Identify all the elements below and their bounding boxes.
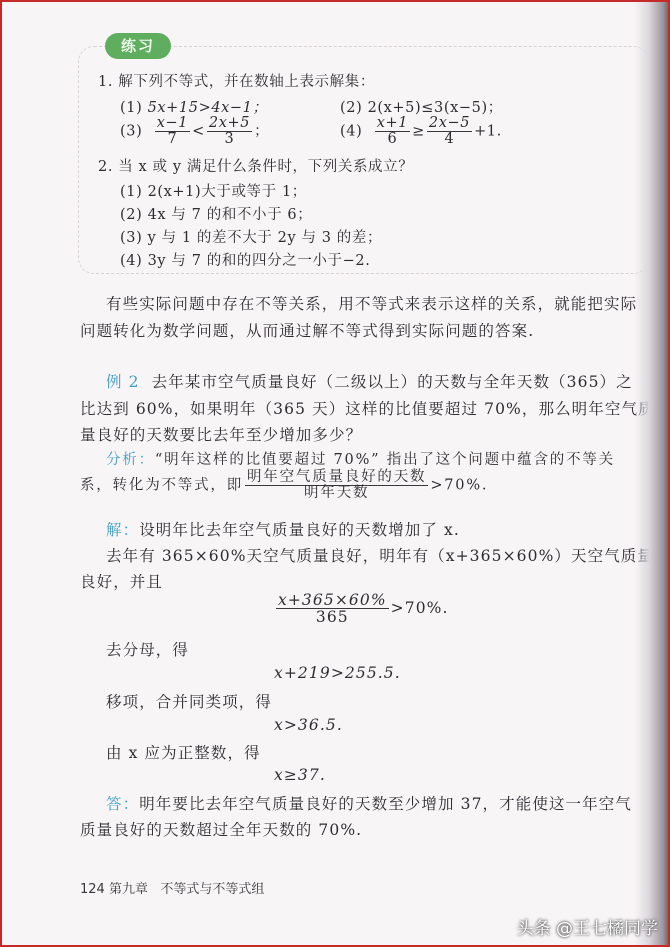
answer-label: 答： [106,795,139,813]
solution-step-3: 由 x 应为正整数，得 [106,741,261,763]
page-footer: 124 第九章 不等式与不等式组 [80,878,264,897]
solution-step-2: 移项，合并同类项，得 [106,690,272,712]
example-line-1: 例 2 去年某市空气质量良好（二级以上）的天数与全年天数（365）之 [106,370,633,392]
solution-step-1: 去分母，得 [106,638,189,660]
chapter-number: 第九章 [109,882,148,897]
fraction: 2x+53 [207,116,252,147]
exercise-q1-item-1: (1) 5x+15>4x−1； [120,96,268,117]
solution-line-1: 解：设明年比去年空气质量良好的天数增加了 x. [106,518,460,540]
answer-line-1: 答：明年要比去年空气质量良好的天数至少增加 37，才能使这一年空气 [106,792,632,814]
fraction: x+16 [375,116,410,147]
solution-equation-3: x>36.5. [274,716,343,734]
exercise-q1-item-4: (4) x+16≥2x−54+1. [340,116,502,147]
intro-line-2: 问题转化为数学问题，从而通过解不等式得到实际问题的答案. [80,319,534,341]
fraction: x+365×60%365 [276,592,389,626]
exercise-q2-item-1: (1) 2(x+1)大于或等于 1； [120,180,307,201]
solution-label: 解： [106,521,139,539]
exercise-q1-item-3: (3) x−17<2x+53； [120,116,269,147]
book-spine-shadow [634,2,668,945]
exercise-q2-item-3: (3) y 与 1 的差不大于 2y 与 3 的差； [120,226,382,247]
analysis-line-2: 系，转化为不等式，即明年空气质量良好的天数明年天数>70%. [80,470,488,501]
solution-equation-1: x+365×60%365>70%. [274,592,449,626]
intro-line-1: 有些实际问题中存在不等关系，用不等式来表示这样的关系，就能把实际 [106,292,637,314]
exercise-badge: 练习 [105,33,171,59]
exercise-q2-prompt: 2. 当 x 或 y 满足什么条件时，下列关系成立？ [98,155,413,176]
example-line-3: 量良好的天数要比去年至少增加多少？ [80,423,362,445]
analysis-label: 分析： [106,452,155,468]
fraction: x−17 [155,116,190,147]
exercise-q2-item-4: (4) 3y 与 7 的和的四分之一小于−2. [120,249,370,270]
exercise-q1-prompt: 1. 解下列不等式，并在数轴上表示解集： [98,70,375,91]
exercise-q1-item-2: (2) 2(x+5)≤3(x−5)； [340,96,503,117]
example-label: 例 2 [106,373,140,391]
page-frame: 练习 1. 解下列不等式，并在数轴上表示解集： (1) 5x+15>4x−1； … [0,0,670,947]
textbook-page: 练习 1. 解下列不等式，并在数轴上表示解集： (1) 5x+15>4x−1； … [2,2,642,945]
answer-line-2: 质量良好的天数超过全年天数的 70%. [80,818,362,840]
solution-equation-4: x≥37. [274,766,326,784]
solution-equation-2: x+219>255.5. [274,664,401,682]
example-line-2: 比达到 60%，如果明年（365 天）这样的比值要超过 70%，那么明年空气质 [80,397,655,419]
fraction: 明年空气质量良好的天数明年天数 [245,470,428,501]
watermark: 头条 @王七橘同学 [517,914,658,939]
solution-line-2: 去年有 365×60%天空气质量良好，明年有（x+365×60%）天空气质量 [106,544,654,566]
page-number: 124 [80,882,105,897]
fraction: 2x−54 [427,116,472,147]
analysis-line-1: 分析：“明年这样的比值要超过 70%” 指出了这个问题中蕴含的不等关 [106,448,615,469]
chapter-title: 不等式与不等式组 [160,882,264,897]
exercise-q2-item-2: (2) 4x 与 7 的和不小于 6； [120,203,312,224]
solution-line-3: 良好，并且 [80,570,163,592]
